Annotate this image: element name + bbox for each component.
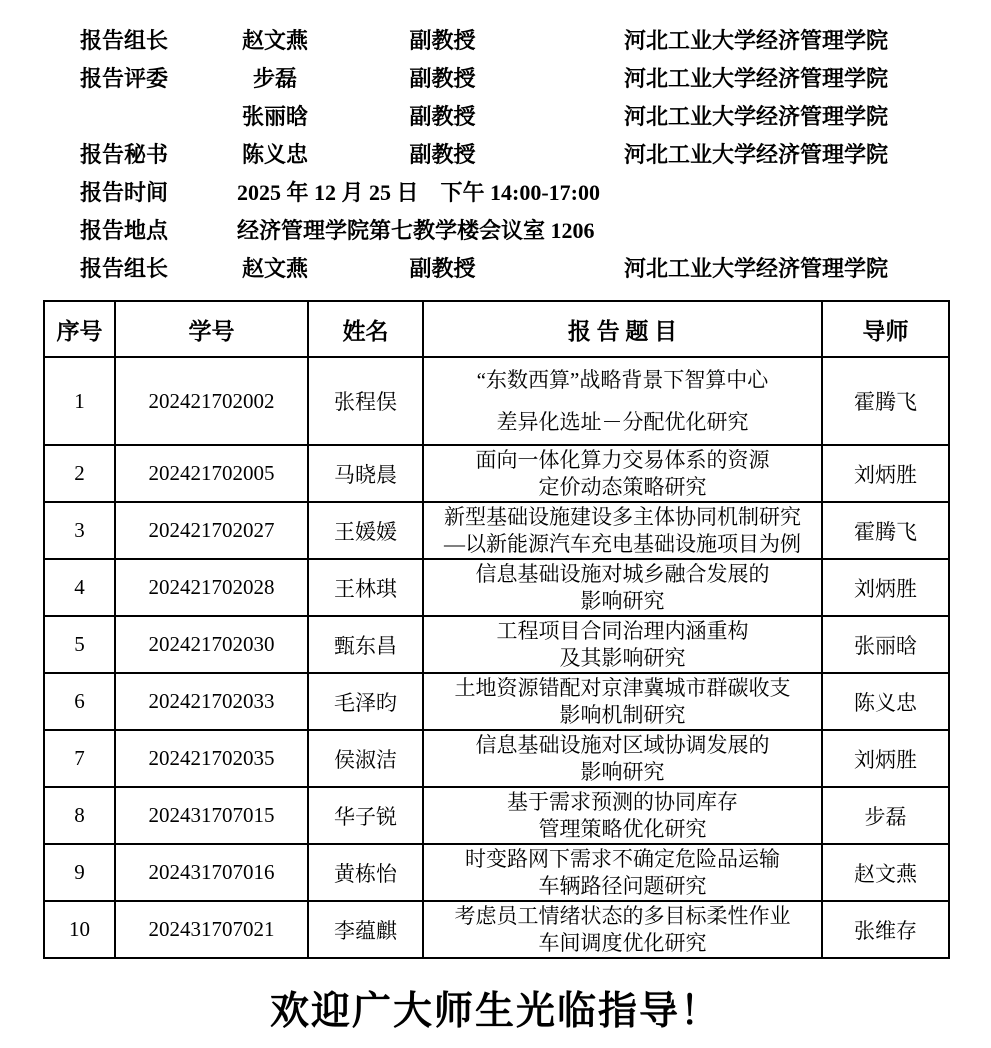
header-topic: 报 告 题 目 (423, 301, 822, 357)
topic-line-2: 车辆路径问题研究 (426, 873, 819, 900)
topic-line-1: 新型基础设施建设多主体协同机制研究 (426, 504, 819, 531)
header-name: 姓名 (308, 301, 423, 357)
cell-no: 7 (44, 730, 115, 787)
cell-advisor: 霍腾飞 (822, 357, 949, 445)
cell-topic: 时变路网下需求不确定危险品运输 车辆路径问题研究 (423, 844, 822, 901)
topic-line-1: 基于需求预测的协同库存 (426, 789, 819, 816)
cell-name: 王林琪 (308, 559, 423, 616)
info-person-org: 河北工业大学经济管理学院 (560, 62, 952, 93)
cell-student-id: 202421702028 (115, 559, 308, 616)
cell-advisor: 步磊 (822, 787, 949, 844)
cell-name: 华子锐 (308, 787, 423, 844)
cell-no: 6 (44, 673, 115, 730)
info-person-org: 河北工业大学经济管理学院 (560, 24, 952, 55)
cell-name: 李蕴麒 (308, 901, 423, 958)
info-label: 报告地点 (80, 214, 225, 245)
info-person-name: 赵文燕 (225, 252, 325, 283)
info-label: 报告时间 (80, 176, 225, 207)
info-label: 报告评委 (80, 62, 225, 93)
cell-no: 4 (44, 559, 115, 616)
topic-line-1: 考虑员工情绪状态的多目标柔性作业 (426, 903, 819, 930)
cell-topic: 信息基础设施对区域协调发展的 影响研究 (423, 730, 822, 787)
cell-topic: “东数西算”战略背景下智算中心 差异化选址－分配优化研究 (423, 357, 822, 445)
topic-line-1: 工程项目合同治理内涵重构 (426, 618, 819, 645)
topic-line-2: 车间调度优化研究 (426, 930, 819, 957)
info-value: 经济管理学院第七教学楼会议室 1206 (225, 214, 952, 245)
cell-advisor: 霍腾飞 (822, 502, 949, 559)
cell-name: 甄东昌 (308, 616, 423, 673)
topic-line-2: 影响研究 (426, 759, 819, 786)
info-person-title: 副教授 (325, 252, 560, 283)
topic-line-2: 定价动态策略研究 (426, 474, 819, 501)
table-row: 7 202421702035 侯淑洁 信息基础设施对区域协调发展的 影响研究 刘… (44, 730, 949, 787)
cell-student-id: 202421702005 (115, 445, 308, 502)
cell-student-id: 202421702027 (115, 502, 308, 559)
table-row: 5 202421702030 甄东昌 工程项目合同治理内涵重构 及其影响研究 张… (44, 616, 949, 673)
cell-student-id: 202421702035 (115, 730, 308, 787)
table-row: 10 202431707021 李蕴麒 考虑员工情绪状态的多目标柔性作业 车间调… (44, 901, 949, 958)
cell-student-id: 202431707016 (115, 844, 308, 901)
info-person-org: 河北工业大学经济管理学院 (560, 138, 952, 169)
info-person-title: 副教授 (325, 100, 560, 131)
cell-advisor: 刘炳胜 (822, 730, 949, 787)
cell-topic: 面向一体化算力交易体系的资源 定价动态策略研究 (423, 445, 822, 502)
topic-line-2: 及其影响研究 (426, 645, 819, 672)
info-person-name: 陈义忠 (225, 138, 325, 169)
cell-advisor: 陈义忠 (822, 673, 949, 730)
table-row: 9 202431707016 黄栋怡 时变路网下需求不确定危险品运输 车辆路径问… (44, 844, 949, 901)
info-person-name: 赵文燕 (225, 24, 325, 55)
topic-line-2: —以新能源汽车充电基础设施项目为例 (426, 531, 819, 558)
topic-line-1: 信息基础设施对区域协调发展的 (426, 732, 819, 759)
cell-topic: 新型基础设施建设多主体协同机制研究 —以新能源汽车充电基础设施项目为例 (423, 502, 822, 559)
cell-topic: 信息基础设施对城乡融合发展的 影响研究 (423, 559, 822, 616)
topic-line-2: 影响机制研究 (426, 702, 819, 729)
cell-name: 侯淑洁 (308, 730, 423, 787)
footer-welcome-text: 欢迎广大师生光临指导！ (0, 980, 991, 1036)
info-label: 报告组长 (80, 24, 225, 55)
cell-name: 黄栋怡 (308, 844, 423, 901)
cell-no: 1 (44, 357, 115, 445)
cell-topic: 工程项目合同治理内涵重构 及其影响研究 (423, 616, 822, 673)
topic-line-1: 土地资源错配对京津冀城市群碳收支 (426, 675, 819, 702)
cell-advisor: 刘炳胜 (822, 559, 949, 616)
cell-student-id: 202421702030 (115, 616, 308, 673)
cell-no: 10 (44, 901, 115, 958)
header-advisor: 导师 (822, 301, 949, 357)
info-person-title: 副教授 (325, 24, 560, 55)
table-row: 3 202421702027 王媛媛 新型基础设施建设多主体协同机制研究 —以新… (44, 502, 949, 559)
table-row: 6 202421702033 毛泽昀 土地资源错配对京津冀城市群碳收支 影响机制… (44, 673, 949, 730)
cell-student-id: 202421702033 (115, 673, 308, 730)
cell-no: 8 (44, 787, 115, 844)
table-row: 2 202421702005 马晓晨 面向一体化算力交易体系的资源 定价动态策略… (44, 445, 949, 502)
cell-student-id: 202431707015 (115, 787, 308, 844)
cell-name: 王媛媛 (308, 502, 423, 559)
info-person-name: 步磊 (225, 62, 325, 93)
info-value: 2025 年 12 月 25 日 下午 14:00-17:00 (225, 176, 952, 207)
info-person-title: 副教授 (325, 138, 560, 169)
info-label: 报告组长 (80, 252, 225, 283)
report-info-block: 报告组长 赵文燕 副教授 河北工业大学经济管理学院 报告评委 步磊 副教授 河北… (80, 20, 952, 286)
cell-advisor: 刘炳胜 (822, 445, 949, 502)
cell-no: 2 (44, 445, 115, 502)
cell-topic: 土地资源错配对京津冀城市群碳收支 影响机制研究 (423, 673, 822, 730)
cell-topic: 考虑员工情绪状态的多目标柔性作业 车间调度优化研究 (423, 901, 822, 958)
cell-advisor: 张丽晗 (822, 616, 949, 673)
cell-student-id: 202431707021 (115, 901, 308, 958)
cell-student-id: 202421702002 (115, 357, 308, 445)
topic-line-1: “东数西算”战略背景下智算中心 (426, 359, 819, 401)
cell-advisor: 张维存 (822, 901, 949, 958)
info-person-title: 副教授 (325, 62, 560, 93)
info-label: 报告秘书 (80, 138, 225, 169)
cell-no: 5 (44, 616, 115, 673)
table-row: 1 202421702002 张程俣 “东数西算”战略背景下智算中心 差异化选址… (44, 357, 949, 445)
cell-no: 9 (44, 844, 115, 901)
info-person-name: 张丽晗 (225, 100, 325, 131)
topic-line-2: 管理策略优化研究 (426, 816, 819, 843)
cell-topic: 基于需求预测的协同库存 管理策略优化研究 (423, 787, 822, 844)
topic-line-1: 面向一体化算力交易体系的资源 (426, 447, 819, 474)
table-row: 4 202421702028 王林琪 信息基础设施对城乡融合发展的 影响研究 刘… (44, 559, 949, 616)
topic-line-1: 时变路网下需求不确定危险品运输 (426, 846, 819, 873)
cell-name: 张程俣 (308, 357, 423, 445)
table-header-row: 序号 学号 姓名 报 告 题 目 导师 (44, 301, 949, 357)
cell-name: 毛泽昀 (308, 673, 423, 730)
info-person-org: 河北工业大学经济管理学院 (560, 252, 952, 283)
topic-line-2: 影响研究 (426, 588, 819, 615)
header-student-id: 学号 (115, 301, 308, 357)
topic-line-1: 信息基础设施对城乡融合发展的 (426, 561, 819, 588)
header-no: 序号 (44, 301, 115, 357)
schedule-table: 序号 学号 姓名 报 告 题 目 导师 1 202421702002 张程俣 “… (43, 300, 950, 959)
topic-line-2: 差异化选址－分配优化研究 (426, 401, 819, 443)
cell-name: 马晓晨 (308, 445, 423, 502)
table-row: 8 202431707015 华子锐 基于需求预测的协同库存 管理策略优化研究 … (44, 787, 949, 844)
cell-no: 3 (44, 502, 115, 559)
info-person-org: 河北工业大学经济管理学院 (560, 100, 952, 131)
cell-advisor: 赵文燕 (822, 844, 949, 901)
